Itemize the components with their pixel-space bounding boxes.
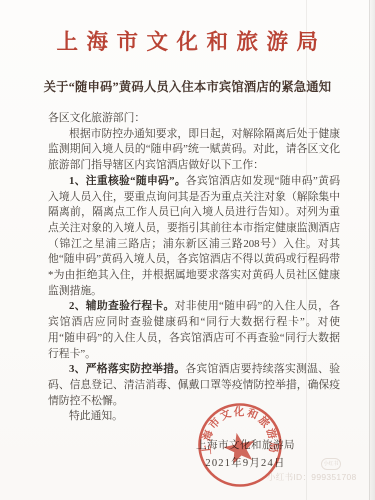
paragraph-item-1-lead: 1、注重核验“随申码”。 [69,175,186,187]
xiaohongshu-badge-icon: 小红书 [321,458,341,470]
salutation: 各区文化旅游部门： [48,111,340,127]
paragraph-item-2-lead: 2、辅助查验行程卡。 [69,300,175,312]
doc-title: 关于“随申码”黄码人员入住本市宾馆酒店的紧急通知 [0,77,375,95]
closing-line: 特此通知。 [48,409,340,425]
paragraph-intro: 根据市防控办通知要求，即日起，对解除隔离后处于健康监测期间入境人员的“随申码”统… [48,127,340,174]
paper-right-edge [369,0,375,500]
notice-body: 各区文化旅游部门： 根据市防控办通知要求，即日起，对解除隔离后处于健康监测期间入… [48,111,340,425]
document-photo: 上海市文化和旅游局 关于“随申码”黄码人员入住本市宾馆酒店的紧急通知 各区文化旅… [0,0,375,500]
paragraph-item-3-lead: 3、严格落实防控举措。 [69,363,185,375]
seal-star-icon [221,430,258,466]
paragraph-item-1: 1、注重核验“随申码”。各宾馆酒店如发现“随申码”黄码入境人员入住，要重点询问其… [48,174,340,300]
paragraph-item-1-text: 各宾馆酒店如发现“随申码”黄码入境人员入住，要重点询问其是否为重点关注对象（解除… [48,175,340,297]
paragraph-intro-text: 根据市防控办通知要求，即日起，对解除隔离后处于健康监测期间入境人员的“随申码”统… [48,128,340,171]
paragraph-item-2: 2、辅助查验行程卡。对非使用“随申码”的入住人员，各宾馆酒店应同时查验健康码和“… [48,299,340,362]
org-title: 上海市文化和旅游局 [0,25,375,56]
paragraph-item-3: 3、严格落实防控举措。各宾馆酒店要持续落实测温、验码、信息登记、清洁消毒、佩戴口… [48,362,340,409]
watermark-id-text: 小红书ID：999351708 [267,471,357,483]
